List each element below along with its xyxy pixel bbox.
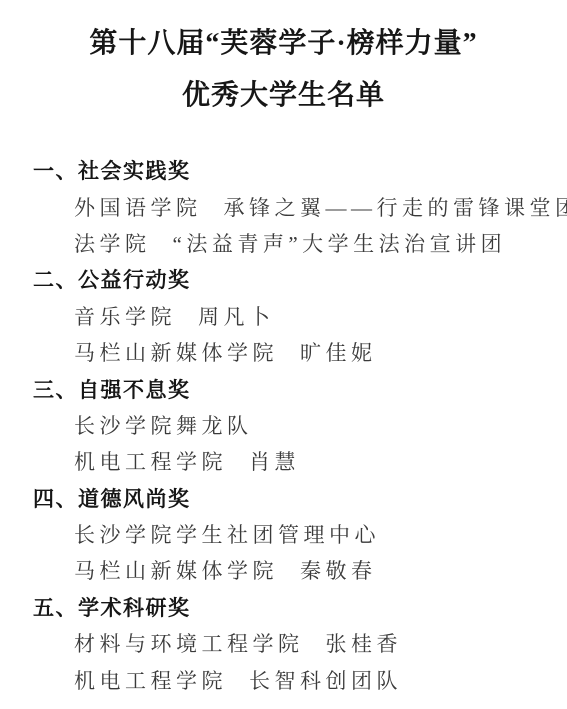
entry-name: 旷佳妮 [300, 337, 377, 367]
list-item: 机电工程学院 长智科创团队 [33, 661, 567, 697]
entry-name: 张桂香 [326, 628, 403, 658]
section-heading: 三、自强不息奖 [33, 370, 567, 406]
title-line-2: 优秀大学生名单 [0, 70, 567, 122]
list-item: 长沙学院学生社团管理中心 [33, 516, 567, 552]
entry-college: 机电工程学院 [74, 665, 227, 695]
list-item: 法学院 “法益青声”大学生法治宣讲团 [33, 225, 567, 261]
entry-name: 长智科创团队 [249, 665, 402, 695]
entry-name: 周凡卜 [198, 301, 275, 331]
entry-college: 音乐学院 [74, 301, 176, 331]
entry-name: 承锋之翼——行走的雷锋课堂团队 [224, 192, 567, 222]
entry-college: 法学院 [74, 228, 151, 258]
entry-college: 长沙学院学生社团管理中心 [74, 519, 380, 549]
section-heading: 四、道德风尚奖 [33, 480, 567, 516]
award-list: 一、社会实践奖 外国语学院 承锋之翼——行走的雷锋课堂团队 法学院 “法益青声”… [0, 152, 567, 698]
section-public-welfare: 二、公益行动奖 音乐学院 周凡卜 马栏山新媒体学院 旷佳妮 [33, 261, 567, 370]
list-item: 长沙学院舞龙队 [33, 407, 567, 443]
list-item: 材料与环境工程学院 张桂香 [33, 625, 567, 661]
document-page: 第十八届“芙蓉学子·榜样力量” 优秀大学生名单 一、社会实践奖 外国语学院 承锋… [0, 0, 567, 709]
entry-name: 肖慧 [249, 446, 300, 476]
entry-college: 外国语学院 [74, 192, 202, 222]
section-self-improvement: 三、自强不息奖 长沙学院舞龙队 机电工程学院 肖慧 [33, 370, 567, 479]
entry-name: “法益青声”大学生法治宣讲团 [173, 228, 507, 258]
list-item: 音乐学院 周凡卜 [33, 298, 567, 334]
list-item: 外国语学院 承锋之翼——行走的雷锋课堂团队 [33, 188, 567, 224]
section-heading: 一、社会实践奖 [33, 152, 567, 188]
section-academic-research: 五、学术科研奖 材料与环境工程学院 张桂香 机电工程学院 长智科创团队 [33, 589, 567, 698]
entry-college: 材料与环境工程学院 [74, 628, 304, 658]
title-line-1: 第十八届“芙蓉学子·榜样力量” [0, 18, 567, 70]
document-title: 第十八届“芙蓉学子·榜样力量” 优秀大学生名单 [0, 0, 567, 122]
entry-college: 马栏山新媒体学院 [74, 337, 278, 367]
list-item: 马栏山新媒体学院 旷佳妮 [33, 334, 567, 370]
list-item: 马栏山新媒体学院 秦敬春 [33, 552, 567, 588]
entry-college: 马栏山新媒体学院 [74, 555, 278, 585]
section-moral-conduct: 四、道德风尚奖 长沙学院学生社团管理中心 马栏山新媒体学院 秦敬春 [33, 480, 567, 589]
list-item: 机电工程学院 肖慧 [33, 443, 567, 479]
entry-name: 秦敬春 [300, 555, 377, 585]
section-heading: 二、公益行动奖 [33, 261, 567, 297]
entry-college: 长沙学院舞龙队 [74, 410, 253, 440]
section-social-practice: 一、社会实践奖 外国语学院 承锋之翼——行走的雷锋课堂团队 法学院 “法益青声”… [33, 152, 567, 261]
entry-college: 机电工程学院 [74, 446, 227, 476]
section-heading: 五、学术科研奖 [33, 589, 567, 625]
